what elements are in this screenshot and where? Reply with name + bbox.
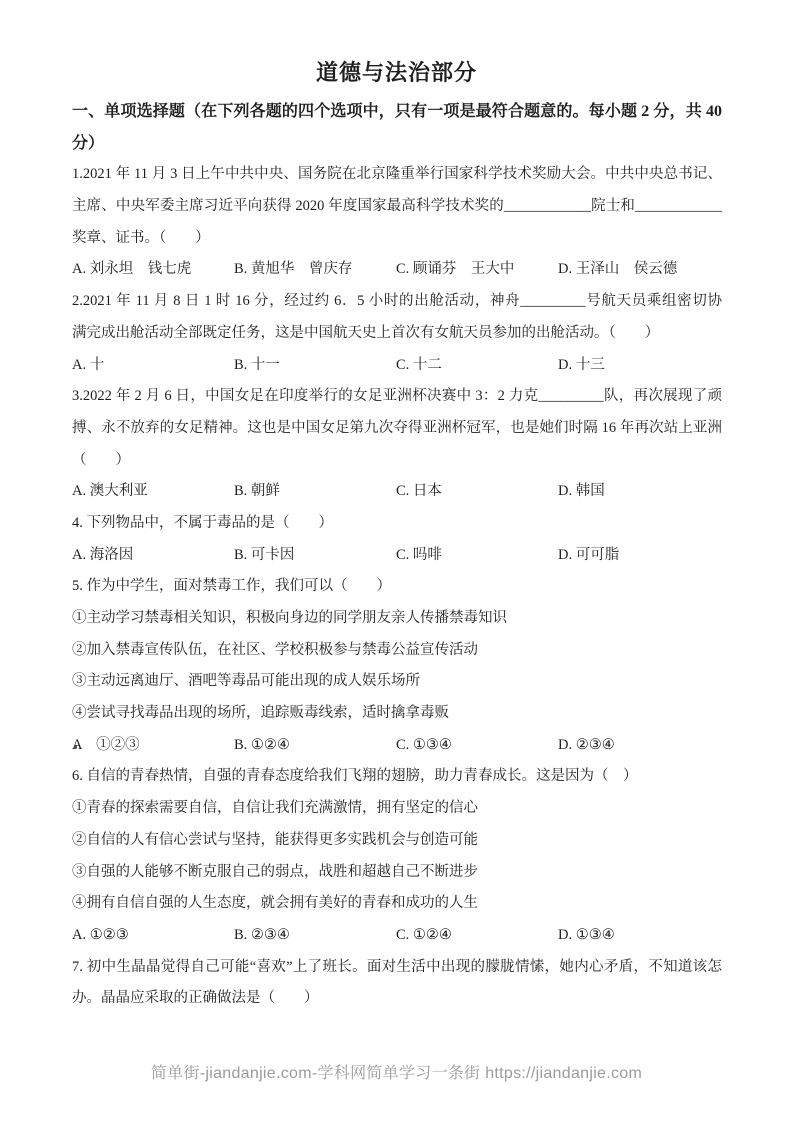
question-5-options: A ①②③B. ①②④C. ①③④D. ②③④ xyxy=(72,730,722,762)
question-7: 7. 初中生晶晶觉得自己可能“喜欢”上了班长。面对生活中出现的朦胧情愫，她内心矛… xyxy=(72,952,722,1015)
question-4-option-C: C. 吗啡 xyxy=(396,540,558,572)
question-6-item-1: ①青春的探索需要自信，自信让我们充满激情，拥有坚定的信心 xyxy=(72,793,722,825)
question-6-option-B: B. ②③④ xyxy=(234,920,396,952)
question-5-stem-line: 5. 作为中学生，面对禁毒工作，我们可以（ ） xyxy=(72,571,722,603)
question-3-options: A. 澳大利亚B. 朝鲜C. 日本D. 韩国 xyxy=(72,476,722,508)
question-5-option-D: D. ②③④ xyxy=(558,730,722,762)
question-3: 3.2022 年 2 月 6 日，中国女足在印度举行的女足亚洲杯决赛中 3：2 … xyxy=(72,381,722,508)
page-title: 道德与法治部分 xyxy=(0,56,793,87)
question-5-option-B: B. ①②④ xyxy=(234,730,396,762)
question-3-stem-line: 3.2022 年 2 月 6 日，中国女足在印度举行的女足亚洲杯决赛中 3：2 … xyxy=(72,381,722,413)
question-4-options: A. 海洛因B. 可卡因C. 吗啡D. 可可脂 xyxy=(72,540,722,572)
question-6-item-3: ③自强的人能够不断克服自己的弱点，战胜和超越自己不断进步 xyxy=(72,857,722,889)
question-3-stem-line: （ ） xyxy=(72,445,722,477)
question-4-option-B: B. 可卡因 xyxy=(234,540,396,572)
question-6-options: A. ①②③B. ②③④C. ①②④D. ①③④ xyxy=(72,920,722,952)
question-3-option-B: B. 朝鲜 xyxy=(234,476,396,508)
question-7-stem-line: 7. 初中生晶晶觉得自己可能“喜欢”上了班长。面对生活中出现的朦胧情愫，她内心矛… xyxy=(72,952,722,984)
question-2: 2.2021 年 11 月 8 日 1 时 16 分，经过约 6．5 小时的出舱… xyxy=(72,286,722,381)
question-6-option-C: C. ①②④ xyxy=(396,920,558,952)
question-7-stem-line: 办。晶晶应采取的正确做法是（ ） xyxy=(72,983,722,1015)
section-heading-line: 一、单项选择题（在下列各题的四个选项中，只有一项是最符合题意的。每小题 2 分，… xyxy=(72,96,722,128)
question-5-item-4: ④尝试寻找毒品出现的场所，追踪贩毒线索，适时擒拿毒贩 xyxy=(72,698,722,730)
question-1-option-C: C. 顾诵芬 王大中 xyxy=(396,254,558,286)
question-1-option-B: B. 黄旭华 曾庆存 xyxy=(234,254,396,286)
question-6-item-2: ②自信的人有信心尝试与坚持，能获得更多实践机会与创造可能 xyxy=(72,825,722,857)
question-2-stem-line: 2.2021 年 11 月 8 日 1 时 16 分，经过约 6．5 小时的出舱… xyxy=(72,286,722,318)
question-2-options: A. 十B. 十一C. 十二D. 十三 xyxy=(72,350,722,382)
question-4-stem-line: 4. 下列物品中，不属于毒品的是（ ） xyxy=(72,508,722,540)
question-2-option-A: A. 十 xyxy=(72,350,234,382)
question-1-option-D: D. 王泽山 侯云德 xyxy=(558,254,722,286)
footer-watermark: 简单街-jiandanjie.com-学科网简单学习一条街 https://ji… xyxy=(0,1060,793,1083)
section-heading-line: 分） xyxy=(72,128,722,160)
question-6-item-4: ④拥有自信自强的人生态度，就会拥有美好的青春和成功的人生 xyxy=(72,888,722,920)
question-4: 4. 下列物品中，不属于毒品的是（ ）A. 海洛因B. 可卡因C. 吗啡D. 可… xyxy=(72,508,722,571)
question-1-option-A: A. 刘永坦 钱七虎 xyxy=(72,254,234,286)
question-2-option-C: C. 十二 xyxy=(396,350,558,382)
question-2-option-D: D. 十三 xyxy=(558,350,722,382)
stray-mark xyxy=(74,745,77,749)
section-heading: 一、单项选择题（在下列各题的四个选项中，只有一项是最符合题意的。每小题 2 分，… xyxy=(72,96,722,159)
question-3-option-A: A. 澳大利亚 xyxy=(72,476,234,508)
question-6-option-D: D. ①③④ xyxy=(558,920,722,952)
question-6-option-A: A. ①②③ xyxy=(72,920,234,952)
question-1-stem-line: 主席、中央军委主席习近平向获得 2020 年度国家最高科学技术奖的_______… xyxy=(72,191,722,223)
question-2-stem-line: 满完成出舱活动全部既定任务，这是中国航天史上首次有女航天员参加的出舱活动。（ ） xyxy=(72,318,722,350)
exam-content: 一、单项选择题（在下列各题的四个选项中，只有一项是最符合题意的。每小题 2 分，… xyxy=(72,96,722,1015)
question-1-stem-line: 奖章、证书。（ ） xyxy=(72,223,722,255)
question-3-stem-line: 搏、永不放弃的女足精神。这也是中国女足第九次夺得亚洲杯冠军，也是她们时隔 16 … xyxy=(72,413,722,445)
question-1-options: A. 刘永坦 钱七虎B. 黄旭华 曾庆存C. 顾诵芬 王大中D. 王泽山 侯云德 xyxy=(72,254,722,286)
question-5-option-A: A ①②③ xyxy=(72,730,234,762)
question-4-option-D: D. 可可脂 xyxy=(558,540,722,572)
question-3-option-C: C. 日本 xyxy=(396,476,558,508)
question-6-stem-line: 6. 自信的青春热情，自强的青春态度给我们飞翔的翅膀，助力青春成长。这是因为（ … xyxy=(72,761,722,793)
question-5-option-C: C. ①③④ xyxy=(396,730,558,762)
question-5-item-1: ①主动学习禁毒相关知识，积极向身边的同学朋友亲人传播禁毒知识 xyxy=(72,603,722,635)
question-1-stem-line: 1.2021 年 11 月 3 日上午中共中央、国务院在北京隆重举行国家科学技术… xyxy=(72,159,722,191)
question-5: 5. 作为中学生，面对禁毒工作，我们可以（ ）①主动学习禁毒相关知识，积极向身边… xyxy=(72,571,722,761)
question-3-option-D: D. 韩国 xyxy=(558,476,722,508)
question-list: 1.2021 年 11 月 3 日上午中共中央、国务院在北京隆重举行国家科学技术… xyxy=(72,159,722,1015)
question-4-option-A: A. 海洛因 xyxy=(72,540,234,572)
question-2-option-B: B. 十一 xyxy=(234,350,396,382)
question-1: 1.2021 年 11 月 3 日上午中共中央、国务院在北京隆重举行国家科学技术… xyxy=(72,159,722,286)
question-5-item-2: ②加入禁毒宣传队伍，在社区、学校积极参与禁毒公益宣传活动 xyxy=(72,635,722,667)
exam-page: 道德与法治部分 一、单项选择题（在下列各题的四个选项中，只有一项是最符合题意的。… xyxy=(0,0,793,1122)
question-5-item-3: ③主动远离迪厅、酒吧等毒品可能出现的成人娱乐场所 xyxy=(72,666,722,698)
question-6: 6. 自信的青春热情，自强的青春态度给我们飞翔的翅膀，助力青春成长。这是因为（ … xyxy=(72,761,722,951)
